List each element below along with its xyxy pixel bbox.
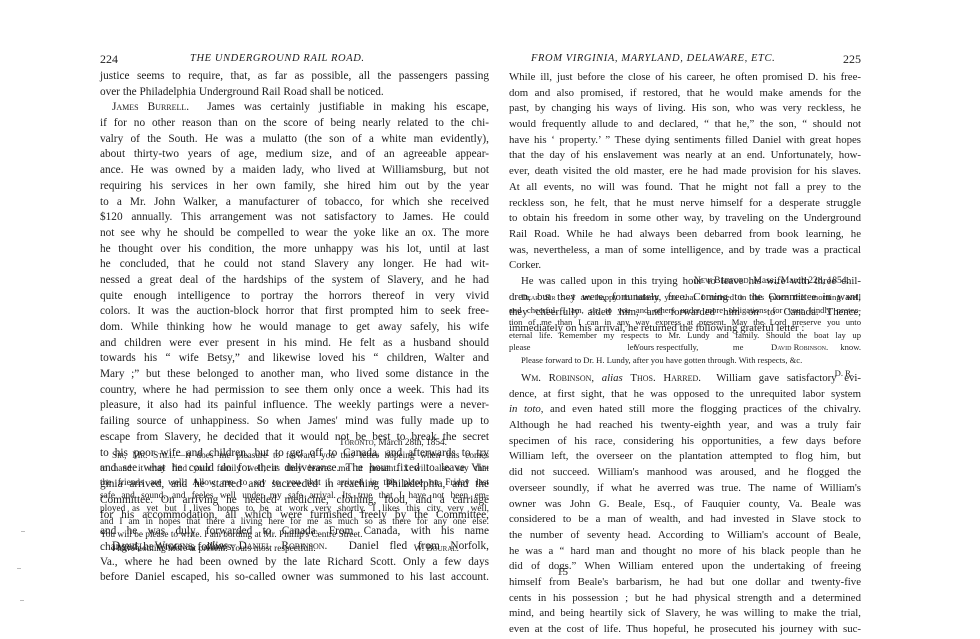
text-line: pleasure, it also had its painful influe… [100,398,489,414]
text-line: in toto, and even hated still more the f… [509,402,861,418]
text-line: Mary ;” but these belonged to another ma… [100,367,489,383]
text-line: tion of me than I can in any way express… [509,316,861,329]
text-line: Corker. [509,258,861,274]
text-line: before Daniel escaped, his so-called own… [100,570,489,586]
person-name-wm-robinson: Wm. Robinson, [521,372,594,384]
letter-dateline: Toronto, March 28th, 1854. [100,437,489,450]
text-line: Va., where he had been owned by the late… [100,555,489,571]
text-line: considered to be a man of wealth, and ha… [509,512,861,528]
text-line: even at the cost of life. Thus hopeful, … [509,622,861,638]
text-line: he was a “ hard man and thought no more … [509,544,861,560]
text-line: Although he had reached his twenty-eight… [509,418,861,434]
person-name-daniel-wiggins: Daniel Wiggins, [112,540,195,552]
scan-speck [17,568,21,569]
text-line: ever, death visited the old master, ere … [509,164,861,180]
text-line: and I am in hopes that there a living he… [100,516,489,529]
text-line: owner was John G. Beale, Esq., of Fauqui… [509,497,861,513]
text-line: failing source of unhappiness. So when J… [100,414,489,430]
text-line: Dear Sir :—I am happy to inform you that… [509,291,861,304]
text-line: and children were ever present in his mi… [100,336,489,352]
signature-mark: 15 [557,566,568,578]
running-title-right: FROM VIRGINIA, MARYLAND, DELAWARE, ETC. [531,52,775,66]
text-line: valry of the South. He was a mulatto (th… [100,132,489,148]
text-line: not see why he should be compelled to we… [100,226,489,242]
text-line: dom. While thinking how he would manage … [100,320,489,336]
text-line: that the day of his enslavement was near… [509,148,861,164]
person-name-james-burrell: James Burrell. [112,101,189,113]
text-line: James Burrell. James was certainly justi… [100,100,489,116]
text-line: ployed as yet but I lives hopes to be at… [100,503,489,516]
text-line: While ill, just before the close of his … [509,70,861,86]
text-line: Rail Road. While he had always been deba… [509,227,861,243]
text-line: Wm. Robinson, alias Thos. Harred. Willia… [509,371,861,387]
text-line: if for no other reason than on the score… [100,116,489,132]
running-title-left: THE UNDERGROUND RAIL ROAD. [190,52,365,66]
letter-closing: please let me know. Yours respectfully, … [509,341,861,354]
text-line: specimen of his race, considering his op… [509,434,861,450]
text-line: towards his “ wife Betsy,” and likewise … [100,351,489,367]
page-number-right: 225 [843,52,861,66]
text-line: did not succeed. William's manhood was a… [509,465,861,481]
text-line: nessed a great deal of the hardships of … [100,273,489,289]
text-line: about thirty-two years of age, medium si… [100,147,489,163]
text-line: and cheerful. I am, sir, to you and othe… [509,304,861,317]
text-line: the number of seventy head. According to… [509,528,861,544]
text-line: William left, the overseer on the planta… [509,449,861,465]
letter-salutation: Dear Sir : [521,292,564,302]
letter-dateline: New Bedford, Mass., March 22d, 1854. [509,275,861,291]
letter-signature: David Robinson. [771,341,828,354]
text-line: to obtain his freedom in some other way,… [509,211,861,227]
text-line: cents in his possession ; but he had phy… [509,591,861,607]
text-line: At all events, no will was found. That h… [509,180,861,196]
text-line: dence, at first sight, that he was oppos… [509,387,861,403]
text-line: Daniel Wiggins, alias Daniel Robinson. D… [100,539,489,555]
text-line: was, nevertheless, a man of some intelli… [509,243,861,259]
text-line: past, by changing his ways of living. Hi… [509,101,861,117]
page-number-left: 224 [100,52,118,66]
letter-salutation: Sir, Mr. Still. [112,451,176,461]
scan-speck [20,600,24,601]
section-daniel-wiggins: Daniel Wiggins, alias Daniel Robinson. D… [100,539,489,586]
text-line: overseer soundly, if what he averred was… [509,481,861,497]
text-line: reckless son, he felt, that he must nerv… [509,196,861,212]
text-line: over the Philadelphia Underground Rail R… [100,85,489,101]
letter-boural: Toronto, March 28th, 1854. Sir, Mr. Stil… [100,437,489,556]
text-line: safe and sound, and feeles well under my… [100,490,489,503]
text-line: eternal life. Remember my respects to Mr… [509,329,861,342]
text-line: to hand it may find your family well, as… [100,463,489,476]
scan-speck [21,531,25,532]
text-line: would frequently allude to and declared,… [509,117,861,133]
text-line: requiring his services in her own family… [100,179,489,195]
running-head-right: FROM VIRGINIA, MARYLAND, DELAWARE, ETC. … [509,52,861,66]
section-wm-robinson: Wm. Robinson, alias Thos. Harred. Willia… [509,371,861,638]
text-line: Sir, Mr. Still.—It does me pleasure to f… [100,450,489,463]
text-line: have his ‘ property.’ ” These dying sent… [509,133,861,149]
text-line: he concluded, that he could not stand Sl… [100,257,489,273]
text-line: to a Mr. John Walker, a manufacturer of … [100,195,489,211]
text-line: colors. It was the auction-block horror … [100,304,489,320]
text-line: $120 annually. This arrangement was not … [100,210,489,226]
letter-postscript: Please forward to Dr. H. Lundy, after yo… [509,354,861,367]
text-line: justice seems to require, that, as far a… [100,69,489,85]
text-line: quite enough intelligence to portray the… [100,289,489,305]
running-head-left: 224 THE UNDERGROUND RAIL ROAD. [100,52,489,66]
letter-robinson: New Bedford, Mass., March 22d, 1854. Dea… [509,275,861,379]
text-line: mind, and being heartily sick of Slavery… [509,606,861,622]
text-line: he thought over his condition, the more … [100,242,489,258]
text-line: dom and also promised, if restored, that… [509,86,861,102]
text-line: country, where he had permission to see … [100,383,489,399]
text-line: the friends are well. Allow me to say to… [100,477,489,490]
text-line: ance. He was owned by a maiden lady, who… [100,163,489,179]
